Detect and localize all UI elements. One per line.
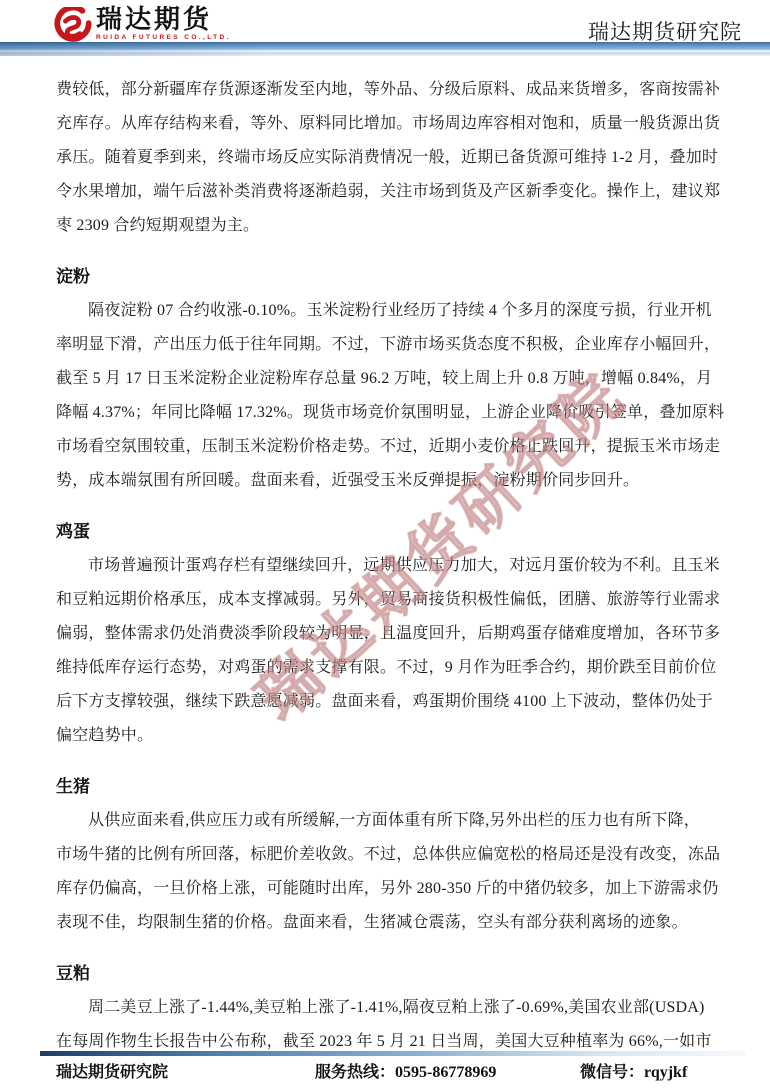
- body-text-line: 令水果增加，端午后滋补类消费将逐渐趋弱，关注市场到货及产区新季变化。操作上，建议…: [56, 175, 714, 209]
- body-text-line: 表现不佳，均限制生猪的价格。盘面来看，生猪减仓震荡，空头有部分获利离场的迹象。: [56, 906, 714, 940]
- body-text-line: 和豆粕远期价格承压，成本支撑减弱。另外，贸易商接货积极性偏低，团膳、旅游等行业需…: [56, 583, 714, 617]
- body-text-line: 后下方支撑较强，继续下跌意愿减弱。盘面来看，鸡蛋期价围绕 4100 上下波动，整…: [56, 685, 714, 719]
- report-section: 鸡蛋市场普遍预计蛋鸡存栏有望继续回升，远期供应压力加大，对远月蛋价较为不利。且玉…: [56, 515, 714, 753]
- body-text-line: 率明显下滑，产出压力低于往年同期。不过，下游市场买货态度不积极，企业库存小幅回升…: [56, 328, 714, 362]
- body-text-line: 偏空趋势中。: [56, 719, 714, 753]
- body-text-line: 市场牛猪的比例有所回落，标肥价差收敛。不过，总体供应偏宽松的格局还是没有改变，冻…: [56, 838, 714, 872]
- body-text-line: 费较低，部分新疆库存货源逐渐发至内地，等外品、分级后原料、成品来货增多，客商按需…: [56, 73, 714, 107]
- section-heading: 生猪: [56, 770, 714, 804]
- body-text-line: 周二美豆上涨了-1.44%,美豆粕上涨了-1.41%,隔夜豆粕上涨了-0.69%…: [56, 991, 714, 1025]
- brand-logo: 瑞达期货 RUIDA FUTURES CO.,LTD.: [54, 5, 231, 45]
- body-text-line: 截至 5 月 17 日玉米淀粉企业淀粉库存总量 96.2 万吨，较上周上升 0.…: [56, 362, 714, 396]
- body-text-line: 承压。随着夏季到来，终端市场反应实际消费情况一般，近期已备货源可维持 1-2 月…: [56, 141, 714, 175]
- body-text-line: 市场普遍预计蛋鸡存栏有望继续回升，远期供应压力加大，对远月蛋价较为不利。且玉米: [56, 549, 714, 583]
- report-section: 生猪从供应面来看,供应压力或有所缓解,一方面体重有所下降,另外出栏的压力也有所下…: [56, 770, 714, 940]
- section-heading: 鸡蛋: [56, 515, 714, 549]
- footer-institute: 瑞达期货研究院: [56, 1061, 168, 1085]
- body-text-line: 势，成本端氛围有所回暖。盘面来看，近强受玉米反弹提振，淀粉期价同步回升。: [56, 464, 714, 498]
- report-section: 费较低，部分新疆库存货源逐渐发至内地，等外品、分级后原料、成品来货增多，客商按需…: [56, 73, 714, 243]
- body-text-line: 枣 2309 合约短期观望为主。: [56, 209, 714, 243]
- body-text-line: 从供应面来看,供应压力或有所缓解,一方面体重有所下降,另外出栏的压力也有所下降，: [56, 804, 714, 838]
- report-page: 瑞达期货 RUIDA FUTURES CO.,LTD. 瑞达期货研究院 费较低，…: [0, 0, 770, 1090]
- section-heading: 淀粉: [56, 260, 714, 294]
- body-text-line: 充库存。从库存结构来看，等外、原料同比增加。市场周边库容相对饱和，质量一般货源出…: [56, 107, 714, 141]
- header-divider-bar: [0, 42, 770, 56]
- section-heading: 豆粕: [56, 957, 714, 991]
- footer-service-hotline: 服务热线：0595-86778969: [315, 1061, 496, 1085]
- brand-name-cn: 瑞达期货: [96, 5, 231, 33]
- body-text-line: 降幅 4.37%；年同比降幅 17.32%。现货市场竞价氛围明显，上游企业降价吸…: [56, 396, 714, 430]
- body-text-line: 市场看空氛围较重，压制玉米淀粉价格走势。不过，近期小麦价格止跌回升，提振玉米市场…: [56, 430, 714, 464]
- body-text-line: 隔夜淀粉 07 合约收涨-0.10%。玉米淀粉行业经历了持续 4 个多月的深度亏…: [56, 294, 714, 328]
- report-body: 费较低，部分新疆库存货源逐渐发至内地，等外品、分级后原料、成品来货增多，客商按需…: [0, 56, 770, 1059]
- report-section: 豆粕周二美豆上涨了-1.44%,美豆粕上涨了-1.41%,隔夜豆粕上涨了-0.6…: [56, 957, 714, 1059]
- body-text-line: 偏弱，整体需求仍处消费淡季阶段较为明显，且温度回升，后期鸡蛋存储难度增加，各环节…: [56, 617, 714, 651]
- body-text-line: 维持低库存运行态势，对鸡蛋的需求支撑有限。不过，9 月作为旺季合约，期价跌至目前…: [56, 651, 714, 685]
- footer-wechat-id: 微信号：rqyjkf: [580, 1061, 687, 1085]
- brand-name-en: RUIDA FUTURES CO.,LTD.: [96, 34, 231, 41]
- report-section: 淀粉隔夜淀粉 07 合约收涨-0.10%。玉米淀粉行业经历了持续 4 个多月的深…: [56, 260, 714, 498]
- footer-divider-bar: [40, 1051, 746, 1056]
- body-text-line: 库存仍偏高，一旦价格上涨，可能随时出库，另外 280-350 斤的中猪仍较多，加…: [56, 872, 714, 906]
- ruida-logo-icon: [54, 7, 92, 45]
